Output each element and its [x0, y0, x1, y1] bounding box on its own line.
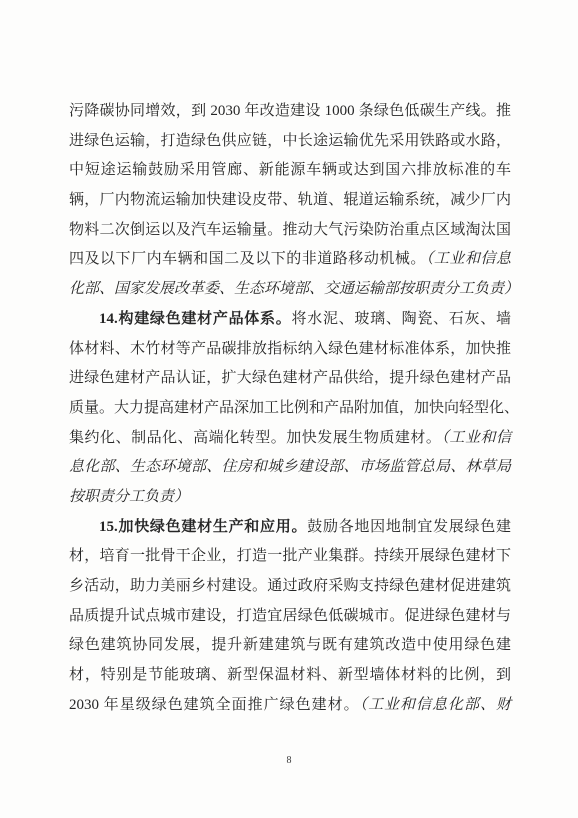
body-text-segment: 将水泥、玻璃、陶瓷、石灰、墙	[292, 311, 511, 327]
body-text-segment: 材，培育一批骨干企业，打造一批产业集群。持续开展绿色建材下	[69, 548, 511, 564]
text-line: 体材料、木竹材等产品碳排放指标纳入绿色建材标准体系，加快推	[69, 335, 511, 365]
body-text-segment: 物料二次倒运以及汽车运输量。推动大气污染防治重点区域淘汰国	[69, 222, 511, 238]
text-line: 乡活动，助力美丽乡村建设。通过政府采购支持绿色建材促进建筑	[69, 572, 511, 602]
responsibility-attribution-segment: （工业和信	[441, 430, 511, 446]
responsibility-attribution-segment: （工业和信息	[426, 251, 511, 267]
responsibility-attribution-segment: 化部、国家发展改革委、生态环境部、交通运输部按职责分工负责）	[69, 281, 519, 297]
body-text-segment: 品质提升试点城市建设，打造宜居绿色低碳城市。促进绿色建材与	[69, 608, 511, 624]
text-line: 质量。大力提高建材产品深加工比例和产品附加值，加快向轻型化、	[69, 394, 511, 424]
text-line: 物料二次倒运以及汽车运输量。推动大气污染防治重点区域淘汰国	[69, 216, 511, 246]
text-line: 集约化、制品化、高端化转型。加快发展生物质建材。（工业和信	[69, 424, 511, 454]
body-text-segment: 质量。大力提高建材产品深加工比例和产品附加值，加快向轻型化、	[69, 400, 519, 416]
body-text-segment: 进绿色运输，打造绿色供应链，中长途运输优先采用铁路或水路，	[69, 133, 511, 149]
body-text-segment: 绿色建筑协同发展，提升新建建筑与既有建筑改造中使用绿色建	[69, 637, 511, 653]
body-text-segment: 中短途运输鼓励采用管廊、新能源车辆或达到国六排放标准的车	[69, 162, 511, 178]
document-page: 污降碳协同增效，到 2030 年改造建设 1000 条绿色低碳生产线。推进绿色运…	[0, 0, 578, 818]
responsibility-attribution-segment: 息化部、生态环境部、住房和城乡建设部、市场监管总局、林草局	[69, 459, 511, 475]
body-text-segment: 四及以下厂内车辆和国二及以下的非道路移动机械。	[69, 251, 426, 267]
text-line: 材，培育一批骨干企业，打造一批产业集群。持续开展绿色建材下	[69, 542, 511, 572]
text-line: 品质提升试点城市建设，打造宜居绿色低碳城市。促进绿色建材与	[69, 602, 511, 632]
body-text-segment: 进绿色建材产品认证，扩大绿色建材产品供给，提升绿色建材产品	[69, 370, 511, 386]
text-line: 2030 年星级绿色建筑全面推广绿色建材。（工业和信息化部、财	[69, 691, 511, 721]
text-line: 绿色建筑协同发展，提升新建建筑与既有建筑改造中使用绿色建	[69, 631, 511, 661]
body-text-segment: 体材料、木竹材等产品碳排放指标纳入绿色建材标准体系，加快推	[69, 341, 511, 357]
text-line: 息化部、生态环境部、住房和城乡建设部、市场监管总局、林草局	[69, 453, 511, 483]
text-line: 污降碳协同增效，到 2030 年改造建设 1000 条绿色低碳生产线。推	[69, 97, 511, 127]
text-line: 进绿色运输，打造绿色供应链，中长途运输优先采用铁路或水路，	[69, 127, 511, 157]
text-line: 进绿色建材产品认证，扩大绿色建材产品供给，提升绿色建材产品	[69, 364, 511, 394]
section-heading-segment: 15.加快绿色建材生产和应用。	[99, 519, 307, 535]
text-block: 污降碳协同增效，到 2030 年改造建设 1000 条绿色低碳生产线。推进绿色运…	[69, 97, 511, 720]
body-text-segment: 污降碳协同增效，到 2030 年改造建设 1000 条绿色低碳生产线。推	[69, 103, 511, 119]
responsibility-attribution-segment: （工业和信息化部、财	[360, 697, 511, 713]
text-line: 材，特别是节能玻璃、新型保温材料、新型墙体材料的比例，到	[69, 661, 511, 691]
text-line: 14.构建绿色建材产品体系。将水泥、玻璃、陶瓷、石灰、墙	[69, 305, 511, 335]
responsibility-attribution-segment: 按职责分工负责）	[69, 489, 189, 505]
text-line: 按职责分工负责）	[69, 483, 511, 513]
text-line: 四及以下厂内车辆和国二及以下的非道路移动机械。（工业和信息	[69, 245, 511, 275]
body-text-segment: 乡活动，助力美丽乡村建设。通过政府采购支持绿色建材促进建筑	[69, 578, 511, 594]
page-number: 8	[0, 755, 578, 766]
body-text-segment: 鼓励各地因地制宜发展绿色建	[307, 519, 511, 535]
body-text-segment: 集约化、制品化、高端化转型。加快发展生物质建材。	[69, 430, 441, 446]
text-line: 化部、国家发展改革委、生态环境部、交通运输部按职责分工负责）	[69, 275, 511, 305]
text-line: 15.加快绿色建材生产和应用。鼓励各地因地制宜发展绿色建	[69, 513, 511, 543]
body-text-segment: 辆，厂内物流运输加快建设皮带、轨道、辊道运输系统，减少厂内	[69, 192, 511, 208]
section-heading-segment: 14.构建绿色建材产品体系。	[99, 311, 292, 327]
text-line: 辆，厂内物流运输加快建设皮带、轨道、辊道运输系统，减少厂内	[69, 186, 511, 216]
body-text-segment: 材，特别是节能玻璃、新型保温材料、新型墙体材料的比例，到	[69, 667, 511, 683]
body-text-segment: 2030 年星级绿色建筑全面推广绿色建材。	[69, 697, 360, 713]
text-line: 中短途运输鼓励采用管廊、新能源车辆或达到国六排放标准的车	[69, 156, 511, 186]
